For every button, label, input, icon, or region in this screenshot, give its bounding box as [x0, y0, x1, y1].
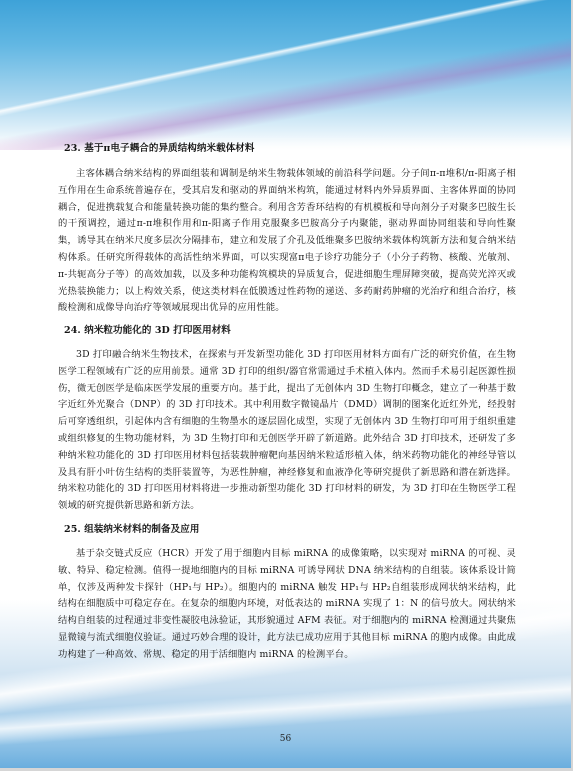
section-paragraph-24: 3D 打印融合纳米生物技术，在探索与开发新型功能化 3D 打印医用材料方面有广泛…	[58, 347, 516, 515]
section-paragraph-23: 主客体耦合纳米结构的界面组装和调制是纳米生物载体领域的前沿科学问题。分子间π-π…	[58, 166, 516, 317]
section-paragraph-25: 基于杂交链式反应（HCR）开发了用于细胞内目标 miRNA 的成像策略，以实现对…	[58, 546, 516, 664]
section-heading-23: 23. 基于π电子耦合的异质结构纳米载体材料	[64, 140, 255, 154]
document-page: 23. 基于π电子耦合的异质结构纳米载体材料 主客体耦合纳米结构的界面组装和调制…	[0, 0, 571, 768]
page-number: 56	[0, 734, 571, 744]
header-decorative-background	[0, 0, 571, 150]
section-heading-24: 24. 纳米粒功能化的 3D 打印医用材料	[64, 322, 231, 336]
section-heading-25: 25. 组装纳米材料的制备及应用	[64, 521, 199, 535]
